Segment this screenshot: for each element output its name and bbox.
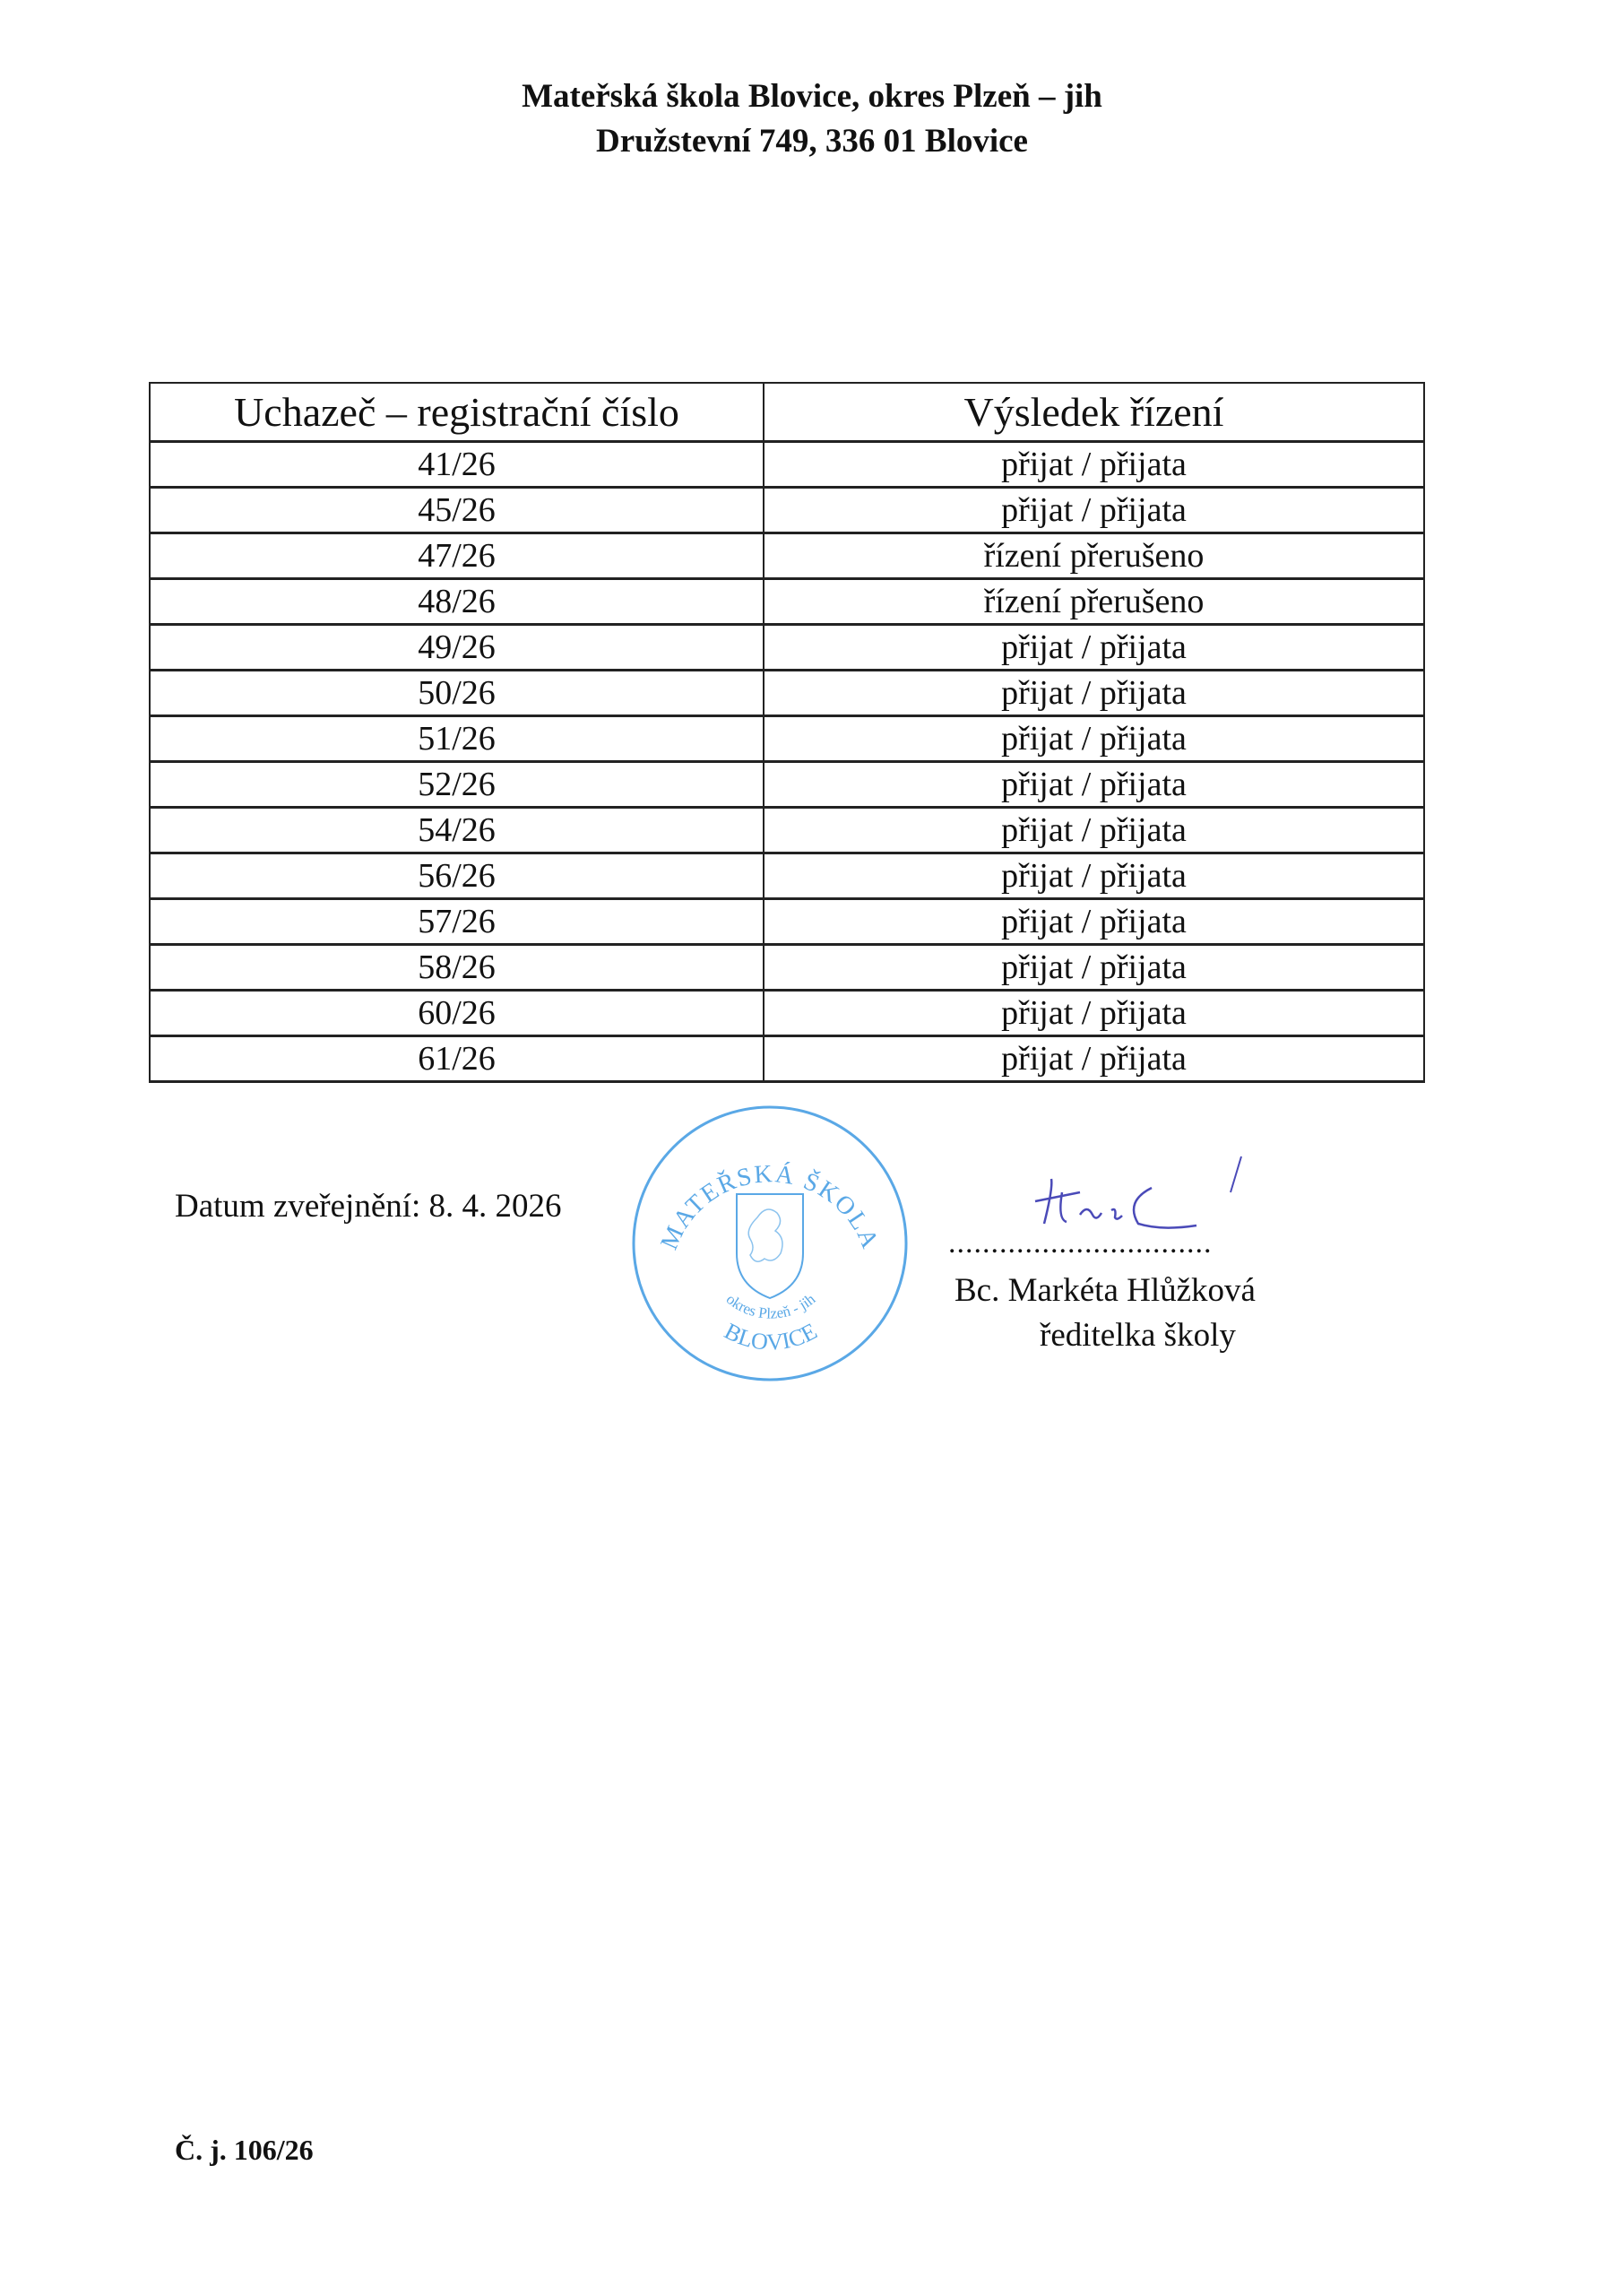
applicant-number-cell: 61/26	[150, 1036, 764, 1082]
stamp-district-text: okres Plzeň - jih	[723, 1290, 819, 1322]
applicant-number-cell: 51/26	[150, 716, 764, 762]
table-row: 41/26přijat / přijata	[150, 442, 1424, 488]
result-cell: přijat / přijata	[764, 716, 1424, 762]
result-cell: přijat / přijata	[764, 625, 1424, 671]
applicant-number-cell: 41/26	[150, 442, 764, 488]
svg-text:MATEŘSKÁ ŠKOLA: MATEŘSKÁ ŠKOLA	[655, 1160, 885, 1254]
school-address: Družstevní 749, 336 01 Blovice	[0, 122, 1624, 160]
table-row: 61/26přijat / přijata	[150, 1036, 1424, 1082]
table-row: 50/26přijat / přijata	[150, 671, 1424, 716]
applicant-number-cell: 56/26	[150, 853, 764, 899]
signature-line: ...............................	[948, 1226, 1213, 1260]
applicant-number-cell: 57/26	[150, 899, 764, 945]
result-cell: přijat / přijata	[764, 853, 1424, 899]
applicant-number-cell: 54/26	[150, 808, 764, 853]
table-header-row: Uchazeč – registrační číslo Výsledek říz…	[150, 383, 1424, 442]
column-header-result: Výsledek řízení	[764, 383, 1424, 442]
reference-number: Č. j. 106/26	[175, 2134, 314, 2167]
applicant-number-cell: 60/26	[150, 991, 764, 1036]
table-row: 48/26řízení přerušeno	[150, 579, 1424, 625]
stamp-town-text: BLOVICE	[721, 1318, 822, 1355]
svg-text:BLOVICE: BLOVICE	[721, 1318, 822, 1355]
result-cell: přijat / přijata	[764, 991, 1424, 1036]
school-name: Mateřská škola Blovice, okres Plzeň – ji…	[0, 77, 1624, 116]
result-cell: přijat / přijata	[764, 762, 1424, 808]
applicant-number-cell: 47/26	[150, 533, 764, 579]
result-cell: přijat / přijata	[764, 945, 1424, 991]
table-row: 45/26přijat / přijata	[150, 488, 1424, 533]
result-cell: přijat / přijata	[764, 1036, 1424, 1082]
result-cell: přijat / přijata	[764, 488, 1424, 533]
table-row: 60/26přijat / přijata	[150, 991, 1424, 1036]
applicant-number-cell: 50/26	[150, 671, 764, 716]
school-stamp: MATEŘSKÁ ŠKOLA okres Plzeň - jih BLOVICE	[627, 1101, 912, 1386]
svg-text:okres Plzeň - jih: okres Plzeň - jih	[723, 1290, 819, 1322]
applicant-number-cell: 45/26	[150, 488, 764, 533]
stamp-top-text: MATEŘSKÁ ŠKOLA	[655, 1160, 885, 1254]
table-row: 51/26přijat / přijata	[150, 716, 1424, 762]
signatory-role: ředitelka školy	[1040, 1316, 1236, 1355]
applicant-number-cell: 58/26	[150, 945, 764, 991]
table-row: 58/26přijat / přijata	[150, 945, 1424, 991]
result-cell: přijat / přijata	[764, 671, 1424, 716]
applicant-number-cell: 48/26	[150, 579, 764, 625]
signatory-name: Bc. Markéta Hlůžková	[955, 1271, 1256, 1310]
publication-date: Datum zveřejnění: 8. 4. 2026	[175, 1187, 562, 1225]
table-row: 47/26řízení přerušeno	[150, 533, 1424, 579]
result-cell: řízení přerušeno	[764, 579, 1424, 625]
result-cell: přijat / přijata	[764, 808, 1424, 853]
result-cell: přijat / přijata	[764, 442, 1424, 488]
applicant-number-cell: 52/26	[150, 762, 764, 808]
table-row: 54/26přijat / přijata	[150, 808, 1424, 853]
column-header-applicant: Uchazeč – registrační číslo	[150, 383, 764, 442]
table-row: 52/26přijat / přijata	[150, 762, 1424, 808]
result-cell: přijat / přijata	[764, 899, 1424, 945]
applicant-number-cell: 49/26	[150, 625, 764, 671]
table-row: 49/26přijat / přijata	[150, 625, 1424, 671]
coat-of-arms-lion-icon	[737, 1194, 803, 1298]
result-cell: řízení přerušeno	[764, 533, 1424, 579]
table-row: 56/26přijat / přijata	[150, 853, 1424, 899]
results-table: Uchazeč – registrační číslo Výsledek říz…	[149, 382, 1425, 1083]
table-row: 57/26přijat / přijata	[150, 899, 1424, 945]
